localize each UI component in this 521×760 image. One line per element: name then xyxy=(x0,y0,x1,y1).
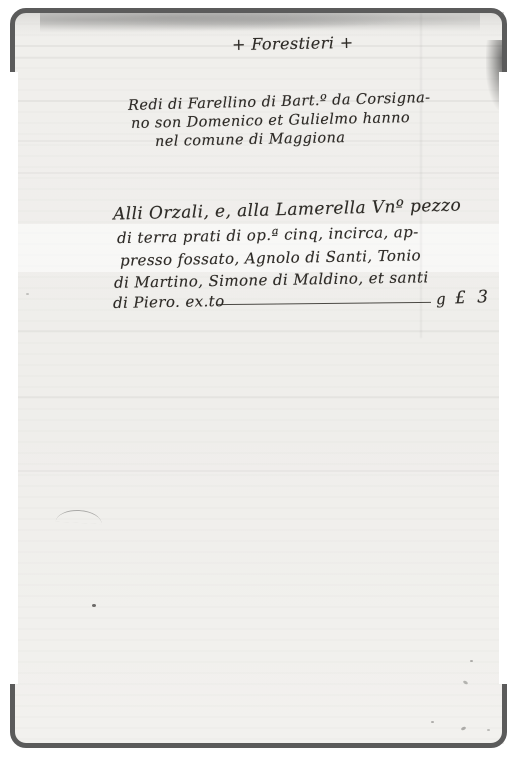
page-title: + Forestieri + xyxy=(232,33,354,54)
frame-side-gap-right xyxy=(499,72,517,684)
rule-end-mark: g xyxy=(435,290,446,309)
scan-line xyxy=(15,57,504,59)
top-edge-smudge xyxy=(40,13,480,35)
ink-speck xyxy=(431,721,434,723)
ink-speck xyxy=(92,604,96,607)
vertical-crease xyxy=(420,13,422,338)
scanned-manuscript-photo: + Forestieri + Redi di Farellino di Bart… xyxy=(0,0,521,760)
scan-line xyxy=(15,172,504,174)
scan-line xyxy=(15,330,504,332)
ink-speck xyxy=(487,729,490,731)
frame-side-gap-left xyxy=(4,72,18,684)
scan-line xyxy=(15,470,504,472)
entry-line: di Piero. ex.to xyxy=(113,292,225,312)
ink-speck xyxy=(26,293,29,295)
ink-speck xyxy=(470,660,473,662)
scan-line xyxy=(15,396,504,398)
